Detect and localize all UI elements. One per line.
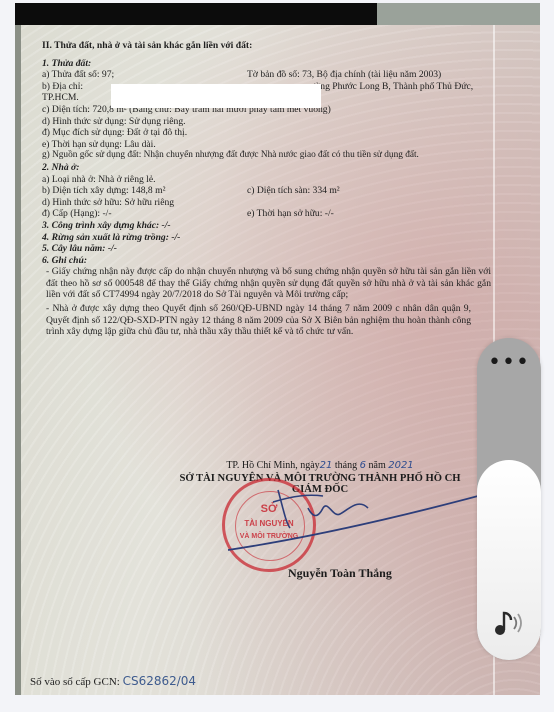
notes-heading: 6. Ghi chú: [42, 255, 517, 267]
house-ownership-form: d) Hình thức sở hữu: Sở hữu riêng [42, 197, 517, 209]
volume-slider[interactable]: ••• [477, 338, 541, 660]
house-heading: 2. Nhà ở: [42, 162, 517, 174]
handwritten-year: 2021 [388, 460, 413, 471]
address-visible-part: ường Phước Long B, Thành phố Thủ Đức, [310, 81, 473, 93]
music-volume-icon[interactable] [477, 607, 541, 642]
land-usage-purpose: đ) Mục đích sử dụng: Đất ở tại đô thị. [42, 127, 517, 139]
floor-area: c) Diện tích sàn: 334 m² [247, 185, 340, 197]
house-area-row: b) Diện tích xây dựng: 148,8 m² c) Diện … [42, 185, 517, 197]
land-usage-term: e) Thời hạn sử dụng: Lâu dài. [42, 139, 517, 151]
map-sheet-number: Tờ bản đồ số: 73, Bộ địa chính (tài liệu… [247, 69, 441, 81]
section-title: II. Thửa đất, nhà ở và tài sản khác gắn … [42, 40, 517, 52]
land-usage-form: d) Hình thức sử dụng: Sử dụng riêng. [42, 116, 517, 128]
land-heading: 1. Thửa đất: [42, 58, 517, 70]
planted-forest: 4. Rừng sản xuất là rừng trồng: -/- [42, 232, 517, 244]
note-2: - Nhà ở được xây dựng theo Quyết định số… [46, 303, 471, 338]
signer-name: Nguyễn Toàn Thắng [288, 566, 392, 581]
house-type: a) Loại nhà ở: Nhà ở riêng lẻ. [42, 174, 517, 186]
other-construction: 3. Công trình xây dựng khác: -/- [42, 220, 517, 232]
house-grade-row: đ) Cấp (Hạng): -/- e) Thời hạn sở hữu: -… [42, 208, 517, 220]
construction-area: b) Diện tích xây dựng: 148,8 m² [42, 185, 165, 196]
land-parcel-number: a) Thửa đất số: 97; Tờ bản đồ số: 73, Bộ… [42, 69, 517, 81]
note-1: - Giấy chứng nhận này được cấp do nhận c… [46, 266, 491, 301]
photo-dark-edge [15, 3, 377, 25]
gcn-register-number: Số vào sổ cấp GCN: CS62862/04 [30, 674, 196, 688]
parcel-number: a) Thửa đất số: 97; [42, 69, 114, 80]
more-options-button[interactable]: ••• [477, 358, 541, 368]
signing-place-date: TP. Hồ Chí Minh, ngày21 tháng 6 năm 2021 [150, 460, 490, 471]
gcn-label: Số vào sổ cấp GCN: [30, 676, 120, 688]
handwritten-signature-icon [228, 478, 508, 558]
house-grade: đ) Cấp (Hạng): -/- [42, 208, 112, 219]
ownership-term: e) Thời hạn sở hữu: -/- [247, 208, 334, 220]
perennial-trees: 5. Cây lâu năm: -/- [42, 243, 517, 255]
handwritten-day: 21 [320, 460, 333, 471]
land-origin: g) Nguồn gốc sử dụng đất: Nhận chuyển nh… [42, 150, 517, 162]
redacted-address-block [111, 84, 321, 108]
address-label: b) Địa chỉ: [42, 81, 83, 92]
handwritten-month: 6 [360, 460, 366, 471]
gcn-handwritten-value: CS62862/04 [123, 674, 196, 688]
